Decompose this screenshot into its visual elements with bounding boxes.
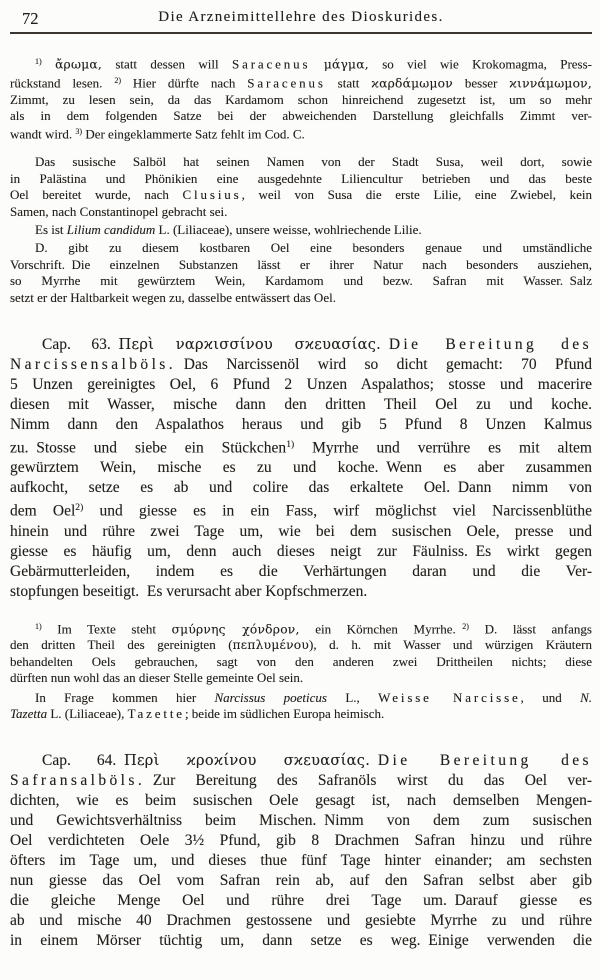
text-line: Vorschrift. Die einzelnen Substanzen läs… [10, 257, 592, 273]
footnote-continuation-block: 1) ἄρωμα, statt dessen will Saracenus μά… [10, 54, 592, 143]
header-rule [10, 32, 592, 34]
book-page: 72 Die Arzneimittellehre des Dioskurides… [0, 0, 600, 980]
text-line: stopfungen beseitigt. Es verursacht aber… [10, 582, 592, 602]
text-line: in einem Mörser tüchtig um, dann setze e… [10, 931, 592, 951]
text-line: wandt wird. 3) Der eingeklammerte Satz f… [10, 124, 592, 143]
text-line: ab und mische 40 Drachmen gestossene und… [10, 911, 592, 931]
text-line: 1) Im Texte steht σμύρνης χόνδρον, ein K… [10, 619, 592, 638]
text-line: Nimm dann den Aspalathos heraus und gib … [10, 415, 592, 435]
text-line: Zimmt, zu lesen sein, da das Kardamom sc… [10, 92, 592, 108]
text-line: diesen mit Wasser, mische dann den dritt… [10, 395, 592, 415]
text-line: Samen, nach Constantinopel gebracht sei. [10, 204, 592, 220]
text-line: Gebärmutterleiden, indem es die Verhärtu… [10, 562, 592, 582]
footnotes-cap63-block: 1) Im Texte steht σμύρνης χόνδρον, ein K… [10, 619, 592, 687]
text-line: Das susische Salböl hat seinen Namen von… [10, 154, 592, 170]
text-line: nun giesse das Oel vom Safran rein ab, a… [10, 871, 592, 891]
text-line: Tazetta L. (Liliaceae), Tazette; beide i… [10, 706, 592, 722]
text-line: in Palästina und Phönikien eine ausgedeh… [10, 171, 592, 187]
text-line: hinein und rühre zwei Tage um, wie bei d… [10, 522, 592, 542]
text-line: Cap. 64. Περὶ ϰροϰίνου σϰευασίας. Die Be… [10, 751, 592, 771]
text-line: Es ist Lilium candidum L. (Liliaceae), u… [10, 222, 592, 238]
text-line: und Gewichtsverhältniss beim Mischen. Ni… [10, 811, 592, 831]
text-line: als in dem folgenden Satze bei der abwei… [10, 108, 592, 124]
text-line: 1) ἄρωμα, statt dessen will Saracenus μά… [10, 54, 592, 73]
text-line: die gleiche Menge Oel und rühre drei Tag… [10, 891, 592, 911]
text-line: 5 Unzen gereinigtes Oel, 6 Pfund 2 Unzen… [10, 375, 592, 395]
text-line: Oel verdichteten Oele 3½ Pfund, gib 8 Dr… [10, 831, 592, 851]
text-line: Narcissensalböls. Das Narcissenöl wird s… [10, 355, 592, 375]
text-line: D. gibt zu diesem kostbaren Oel eine bes… [10, 240, 592, 256]
text-line: Safransalböls. Zur Bereitung des Safranö… [10, 771, 592, 791]
text-line: aufkocht, setze es ab und colire das erk… [10, 478, 592, 498]
text-line: dichten, wie es beim susischen Oele gesa… [10, 791, 592, 811]
text-line: behandelten Oels gebrauchen, sagt von de… [10, 654, 592, 670]
text-line: dürften nun wohl das an dieser Stelle ge… [10, 670, 592, 686]
page-header: 72 Die Arzneimittellehre des Dioskurides… [10, 9, 592, 27]
running-title: Die Arzneimittellehre des Dioskurides. [10, 9, 592, 26]
chapter-63-paragraph: Cap. 63. Περὶ ναρϰισσίνου σϰευασίας. Die… [10, 335, 592, 602]
commentary-vorschrift-paragraph: D. gibt zu diesem kostbaren Oel eine bes… [10, 240, 592, 306]
text-line: Cap. 63. Περὶ ναρϰισσίνου σϰευασίας. Die… [10, 335, 592, 355]
chapter-64-paragraph: Cap. 64. Περὶ ϰροϰίνου σϰευασίας. Die Be… [10, 751, 592, 951]
commentary-narcissus-paragraph: In Frage kommen hier Narcissus poeticus … [10, 690, 592, 723]
text-line: dem Oel2) und giesse es in ein Fass, wir… [10, 498, 592, 521]
text-line: öfters im Tage um, und dieses thue fünf … [10, 851, 592, 871]
text-line: giesse es häufig um, denn auch dieses ne… [10, 542, 592, 562]
text-line: den dritten Theil des gereinigten (πεπλυ… [10, 637, 592, 653]
text-line: In Frage kommen hier Narcissus poeticus … [10, 690, 592, 706]
text-line: zu. Stosse und siebe ein Stückchen1) Myr… [10, 435, 592, 458]
text-line: Oel bereitet wurde, nach Clusius, weil v… [10, 187, 592, 203]
commentary-susa-paragraph: Das susische Salböl hat seinen Namen von… [10, 154, 592, 220]
text-line: so Myrrhe mit gewürztem Wein, Kardamom u… [10, 273, 592, 289]
text-line: setzt er der Haltbarkeit wegen zu, dasse… [10, 290, 592, 306]
page-number: 72 [22, 9, 39, 29]
text-line: rückstand lesen. 2) Hier dürfte nach Sar… [10, 73, 592, 92]
commentary-lilium-paragraph: Es ist Lilium candidum L. (Liliaceae), u… [10, 222, 592, 238]
text-line: gewürztem Wein, mische es zu und koche. … [10, 458, 592, 478]
